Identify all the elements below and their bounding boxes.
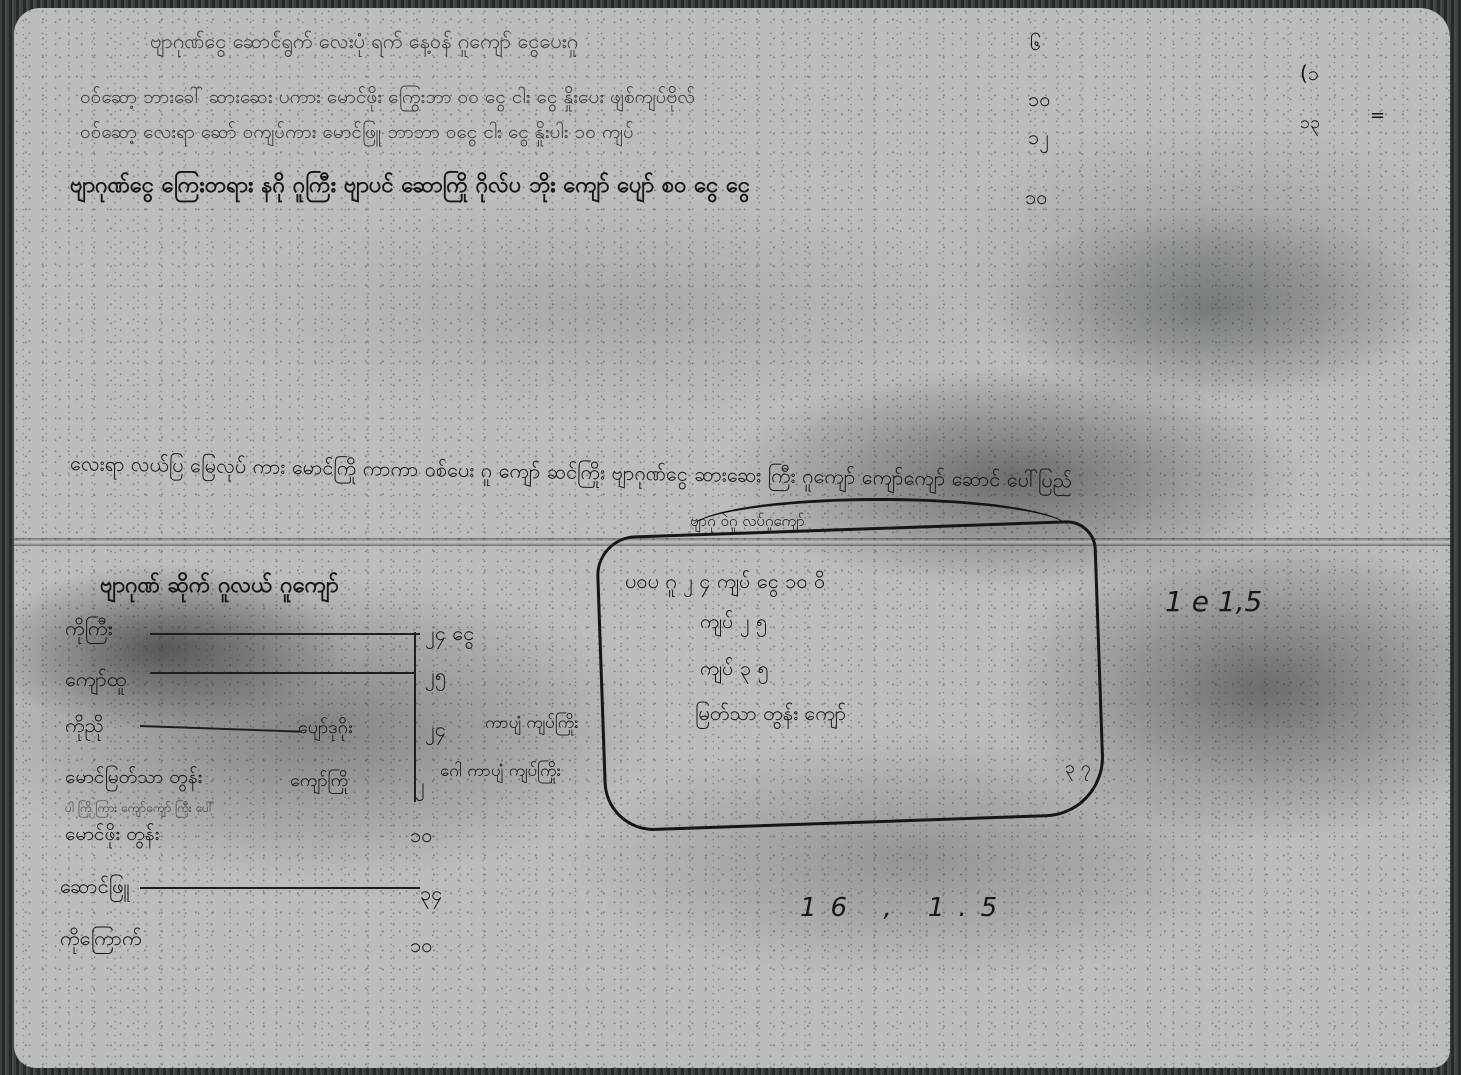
ledger-row-7-amount: ၁၀ (410, 932, 433, 962)
top-line-3-amount: ၁၂ (1028, 124, 1049, 154)
ledger-rule-6 (140, 887, 420, 889)
ledger-row-6-amount: ၃၄ (420, 880, 443, 910)
ledger-row-2-name: ကျော်ထူ (65, 666, 126, 696)
ledger-rule-1 (150, 633, 420, 635)
ledger-row-4-inline: ကျော်ကြို (290, 768, 348, 795)
ledger-row-4-name: မောင်မြတ်သာ တွန်း (65, 765, 202, 793)
ledger-row-3-inline: ပျော်ဒုဂိုး (298, 715, 353, 742)
ledger-row-3-name: ကိုညို (65, 712, 104, 742)
boxed-note-line-1: ပဝပ ဂူ ၂ ၄ ကျပ် ငွေ ၁၀ ဝိ (625, 568, 825, 598)
ledger-row-6-name: ဆောင်ဖြူ (60, 873, 129, 903)
right-margin-number-upper: 1 e 1,5 (1165, 585, 1262, 618)
ledger-row-1-name: ကိုကြီး (65, 615, 113, 645)
right-margin-number-lower: 16 , 1.5 (800, 893, 1011, 923)
boxed-note-corner-mark: ၃ ၇ (1065, 755, 1091, 782)
ledger-row-4-amount: ၂ (415, 772, 425, 802)
ledger-row-1-amount: ၂၄ ငွေ (425, 620, 474, 650)
top-line-3: ဝဝ်ဆော့ လေးရာ ဆော် ဝကျပ်ကား မောင်ဖြူ ဘာဘ… (80, 120, 634, 148)
boxed-note-line-2: ကျပ် ၂ ၅ (700, 608, 767, 638)
ledger-row-5-subnote: ပါ ကြို ကြား ကျော်ကျော် ကြီး ပေါ် (65, 800, 214, 818)
boxed-note-line-3: ကျပ် ၃ ၅ (700, 655, 769, 685)
top-line-4-amount: ၁၀ (1025, 184, 1048, 214)
ledger-row-2-amount: ၂၅ (425, 662, 446, 692)
boxed-note-line-4: မြတ်သာ တွန်း ကျော် (695, 700, 846, 730)
ledger-row-4-note: ဂေါ ကာပျံ ကျပ်ကြိုး (440, 760, 561, 785)
top-line-1: ဗျာဂုဏ်ငွေ ဆောင်ရွက် လေးပုံ ရက် နေ့ဝန် ဂ… (150, 28, 578, 58)
ledger-row-5-amount: ၁၀ (410, 822, 433, 852)
ledger-heading: ဗျာဂုဏ် ဆိုက် ဂူလယ် ဂူကျော် (100, 570, 339, 603)
ledger-rule-2 (150, 672, 415, 674)
ledger-row-5-name: မောင်ဖိုး တွန်း (65, 822, 159, 850)
margin-mark-3: = (1370, 105, 1385, 126)
ledger-row-3-amount: ၂၄ (425, 716, 446, 746)
top-line-2: ဝဝ်ဆော့ ဘားခေါ် ဆားဆေး ပကား မောင်ဖိုး ကြ… (80, 85, 695, 113)
ledger-row-3-note: ကာပျံ ကျပ်ကြိုး (485, 712, 579, 737)
top-line-2-amount: ၁၀ (1028, 86, 1051, 116)
top-line-4: ဗျာဂုဏ်ငွေ ကြေးတရား နဂို ဂူကြီး ဗျာပင် ဆ… (70, 170, 750, 203)
margin-mark-1: (၁ (1300, 60, 1319, 90)
ledger-row-7-name: ကိုကြောက် (60, 925, 142, 955)
boxed-note-frame (595, 519, 1106, 832)
margin-mark-2: ၁၃ (1300, 110, 1320, 137)
top-line-1-amount: ၆ (1030, 30, 1041, 60)
